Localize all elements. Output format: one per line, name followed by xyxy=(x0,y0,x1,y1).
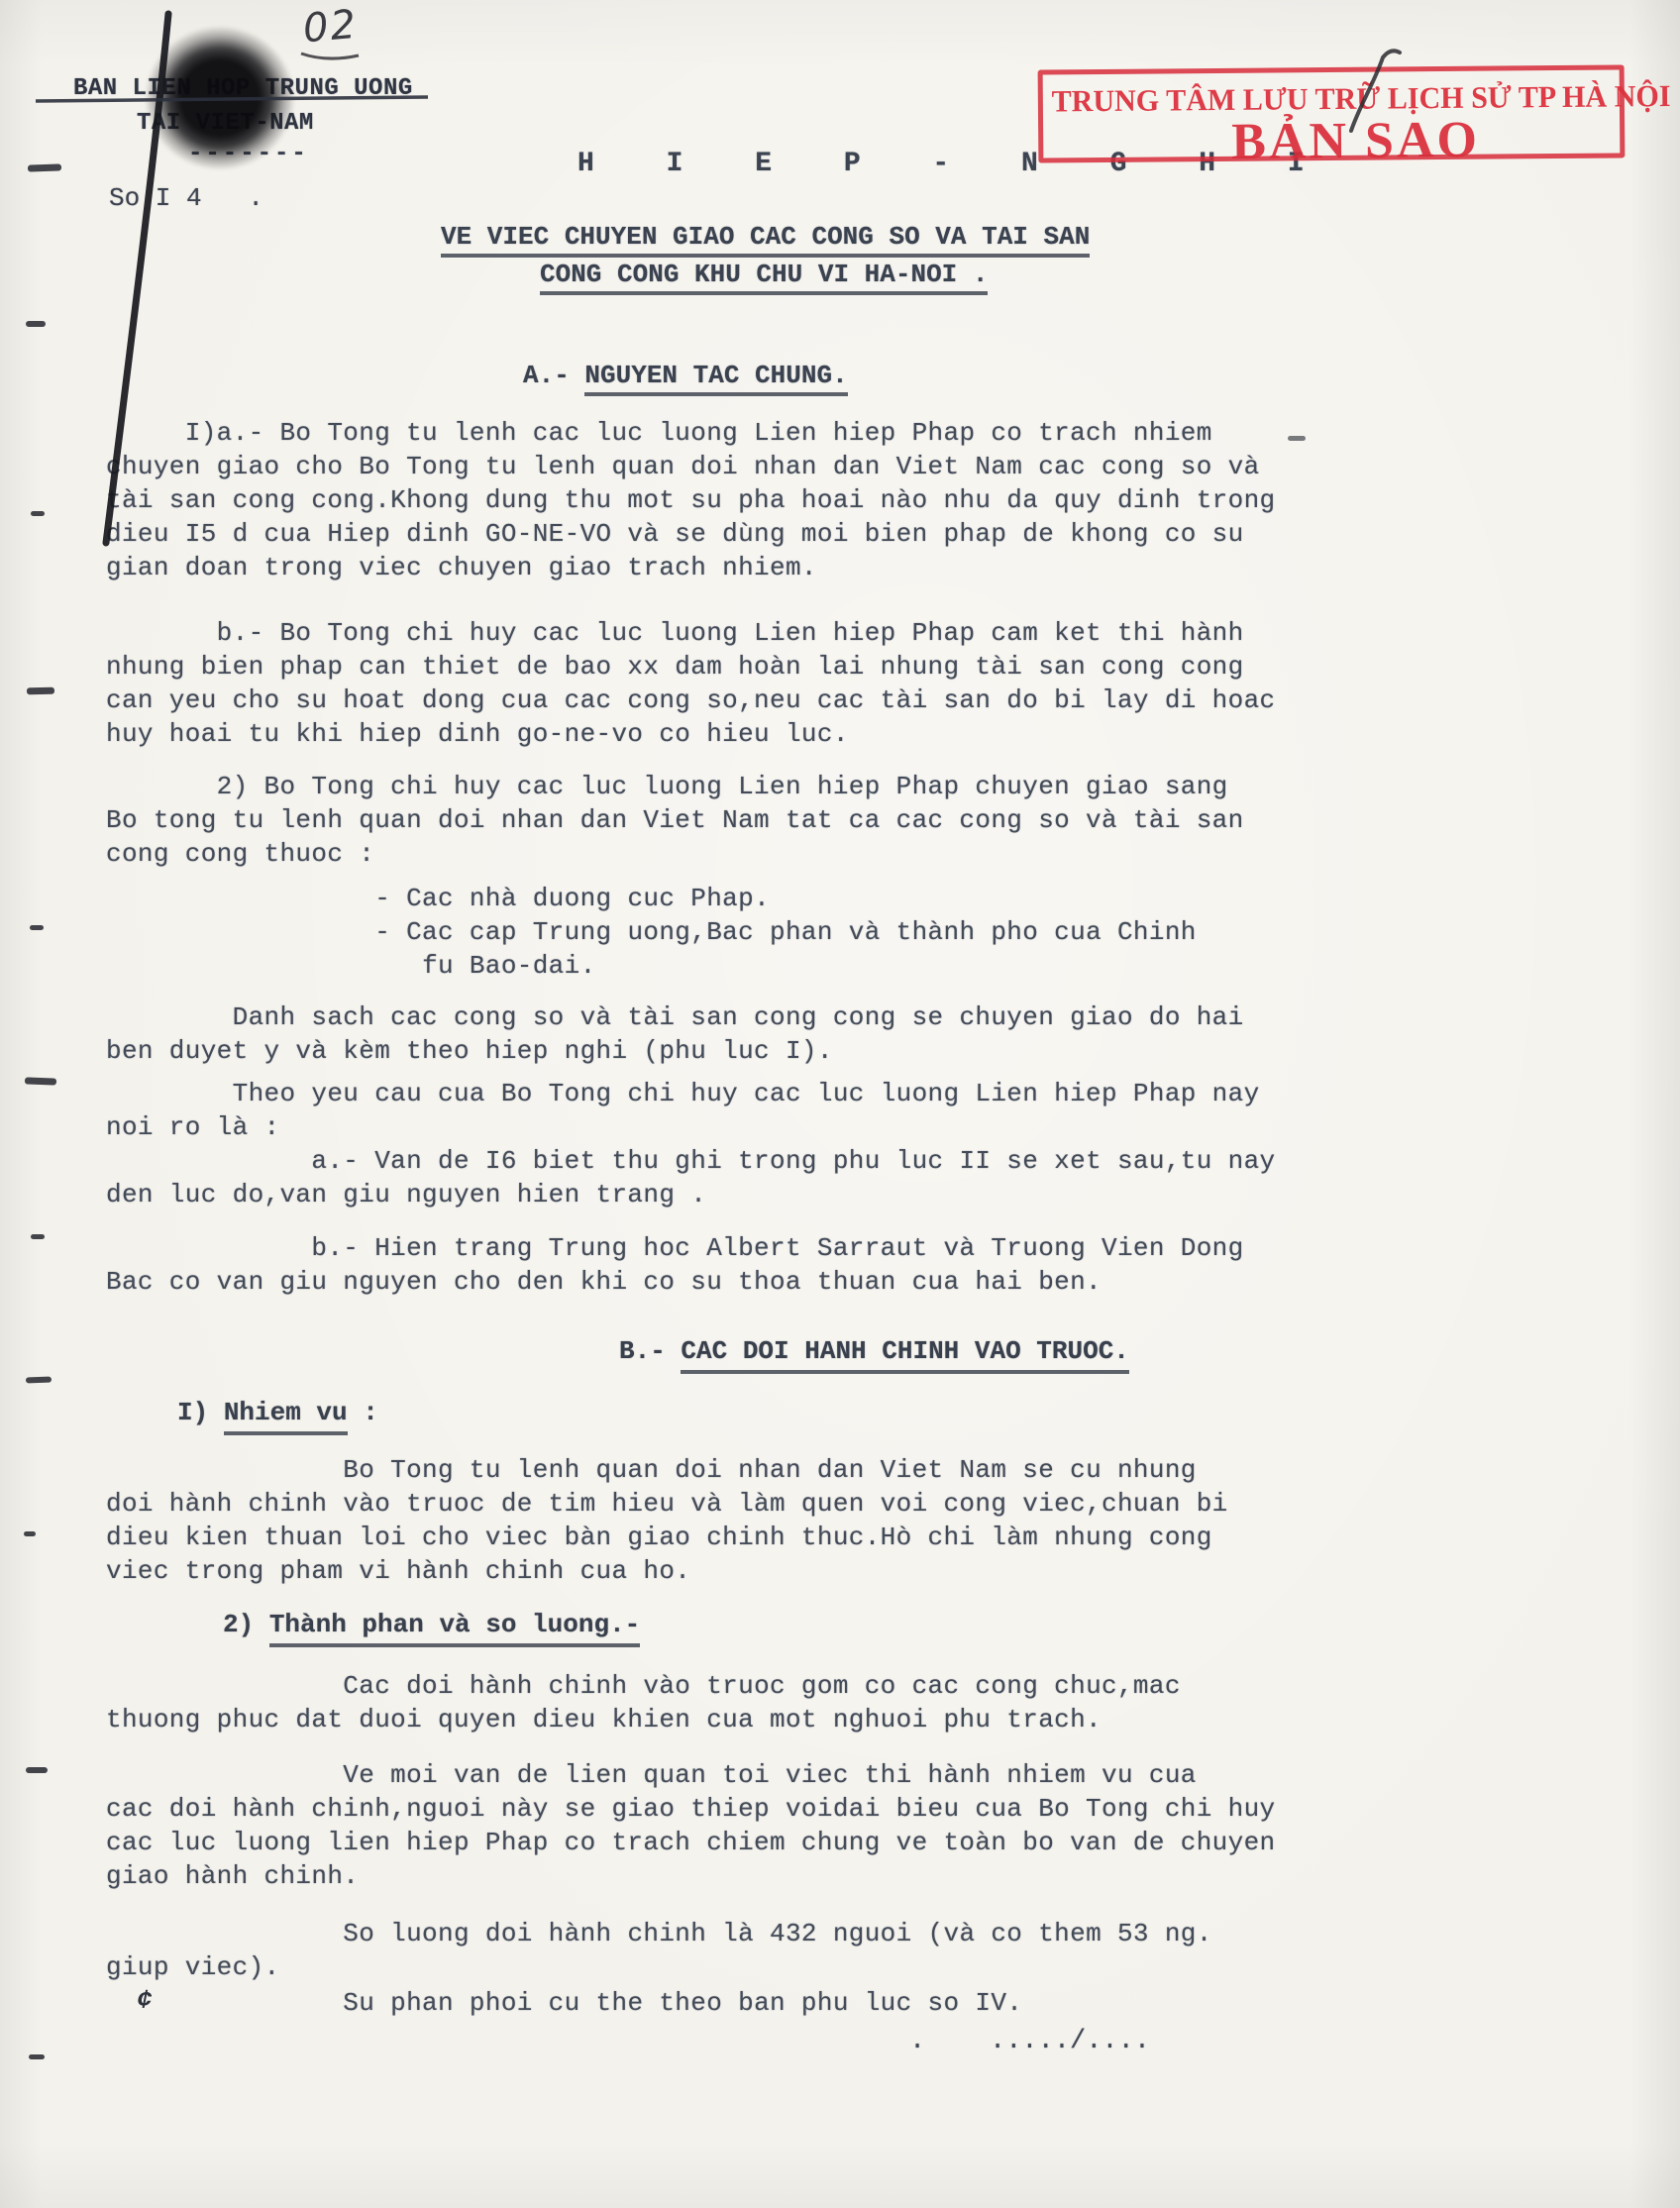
paragraph-danh-sach: Danh sach cac cong so và tài san cong co… xyxy=(106,1000,1433,1068)
scan-artifact xyxy=(31,511,45,516)
paragraph-nhiem-vu: Bo Tong tu lenh quan doi nhan dan Viet N… xyxy=(106,1453,1433,1588)
paragraph-b-hien-trang: b.- Hien trang Trung hoc Albert Sarraut … xyxy=(106,1231,1433,1299)
paragraph-ve-moi: Ve moi van de lien quan toi viec thi hàn… xyxy=(106,1758,1433,1893)
scan-artifact xyxy=(26,321,46,327)
document-number: So I 4 . xyxy=(109,183,413,213)
scan-artifact xyxy=(25,1077,56,1085)
paragraph-2-list: - Cac nhà duong cuc Phap. - Cac cap Trun… xyxy=(106,882,1433,983)
scan-artifact xyxy=(24,1531,36,1536)
subtitle-line1: VE VIEC CHUYEN GIAO CAC CONG SO VA TAI S… xyxy=(441,222,1090,258)
paragraph-cac-doi: Cac doi hành chinh vào truoc gom co cac … xyxy=(106,1669,1433,1736)
scan-artifact xyxy=(29,2054,45,2059)
ink-blot xyxy=(145,26,295,170)
handwritten-underline xyxy=(301,53,359,58)
pen-mark: ¢ xyxy=(137,1985,153,2015)
section-a-prefix: A.- xyxy=(523,361,584,390)
scan-artifact xyxy=(26,1377,52,1384)
scan-artifact xyxy=(26,1767,48,1773)
paragraph-2: 2) Bo Tong chi huy cac luc luong Lien hi… xyxy=(106,770,1433,871)
scan-artifact xyxy=(28,163,61,171)
scanned-document-page: BAN LIEN HOP TRUNG UONG TAI VIET-NAM ---… xyxy=(0,0,1680,2208)
paragraph-theo-yeu-cau: Theo yeu cau cua Bo Tong chi huy cac luc… xyxy=(106,1077,1433,1144)
subtitle-line2: CONG CONG KHU CHU VI HA-NOI . xyxy=(540,260,988,295)
section-a-title: NGUYEN TAC CHUNG. xyxy=(584,361,847,396)
document-body: I)a.- Bo Tong tu lenh cac luc luong Lien… xyxy=(106,416,1433,2020)
scan-artifact xyxy=(31,1234,45,1239)
paragraph-1b: b.- Bo Tong chi huy cac luc luong Lien h… xyxy=(106,616,1433,751)
continuation-mark: . ...../.... xyxy=(909,2027,1150,2056)
heading-thanh-phan: 2) Thành phan và so luong.- xyxy=(106,1608,1433,1647)
section-b-heading: B.- CAC DOI HANH CHINH VAO TRUOC. xyxy=(106,1334,1433,1374)
handwritten-number: 02 xyxy=(301,2,360,53)
paragraph-a-van-de: a.- Van de I6 biet thu ghi trong phu luc… xyxy=(106,1144,1433,1211)
heading-nhiem-vu: I) Nhiem vu : xyxy=(106,1396,1433,1435)
section-b-prefix: B.- xyxy=(619,1336,681,1366)
archive-stamp: TRUNG TÂM LƯU TRỮ LỊCH SỬ TP HÀ NỘI BẢN … xyxy=(1038,64,1626,162)
paragraph-su-phan-phoi: Su phan phoi cu the theo ban phu luc so … xyxy=(106,1986,1433,2020)
section-a-heading: A.- NGUYEN TAC CHUNG. xyxy=(523,361,848,396)
scan-artifact xyxy=(30,925,44,930)
paragraph-so-luong: So luong doi hành chinh là 432 nguoi (và… xyxy=(106,1917,1433,1984)
paragraph-1a: I)a.- Bo Tong tu lenh cac luc luong Lien… xyxy=(106,416,1433,584)
scan-artifact xyxy=(27,687,54,694)
stamp-copy-label: BẢN SAO xyxy=(1231,111,1480,171)
scan-artifact xyxy=(1288,436,1306,441)
section-b-title: CAC DOI HANH CHINH VAO TRUOC. xyxy=(681,1334,1128,1374)
